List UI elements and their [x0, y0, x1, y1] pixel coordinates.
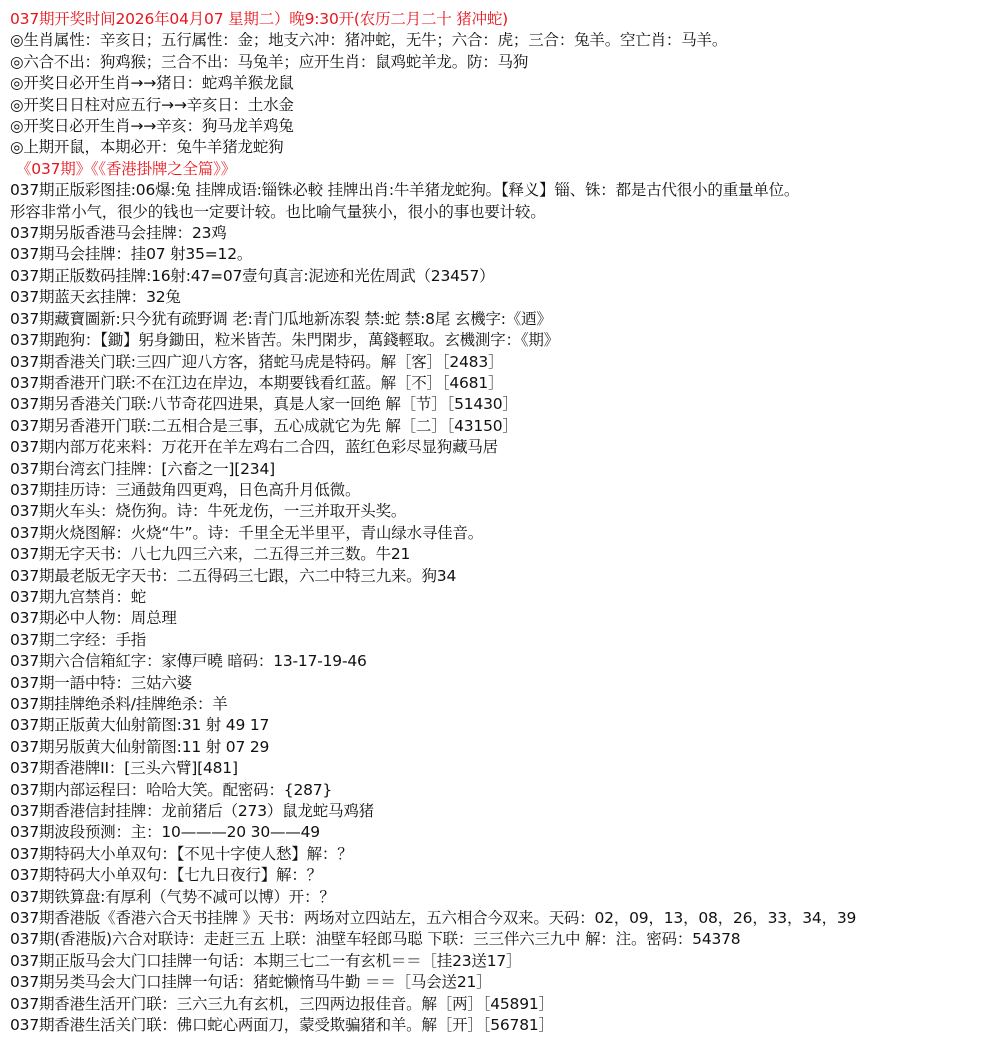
entry-line: 037期香港生活关门联：佛口蛇心两面刀，蒙受欺骗猪和羊。解［开］［56781］ — [10, 1015, 1000, 1036]
entry-line: 037期跑狗：【鋤】躬身鋤田，粒米皆苦。朱門閑步，萬錢輕取。玄機測字：《期》 — [10, 330, 1000, 351]
entry-line: 037期正版数码挂牌:16射:47=07壹句真言:泥迹和光佐周武（23457） — [10, 266, 1000, 287]
header-title: 037期开奖时间2026年04月07 星期二）晚9:30开(农历二月二十 猪冲蛇… — [10, 9, 1000, 30]
entry-line: 037期挂牌绝杀料/挂牌绝杀：羊 — [10, 694, 1000, 715]
entry-line: 037期香港关门联:三四广迎八方客，猪蛇马虎是特码。解［客］［2483］ — [10, 352, 1000, 373]
entry-line: 037期正版黄大仙射箭图:31 射 49 17 — [10, 715, 1000, 736]
attribute-line: ◎开奖日必开生肖→→猪日：蛇鸡羊猴龙鼠 — [10, 73, 1000, 94]
lottery-document: 037期开奖时间2026年04月07 星期二）晚9:30开(农历二月二十 猪冲蛇… — [10, 9, 1000, 1037]
entry-line: 037期另版香港马会挂牌：23鸡 — [10, 223, 1000, 244]
entry-line: 037期特码大小单双句：【七九日夜行】解：？ — [10, 865, 1000, 886]
entry-line: 037期波段预测：主：10———20 30——49 — [10, 822, 1000, 843]
entry-line: 037期台湾玄门挂牌：[六畜之一][234] — [10, 459, 1000, 480]
entry-line: 037期蓝天玄挂牌：32兔 — [10, 287, 1000, 308]
entry-line: 037期无字天书：八七九四三六来，二五得三并三数。牛21 — [10, 544, 1000, 565]
attributes-list: ◎生肖属性：辛亥日；五行属性：金；地支六冲：猪冲蛇，无牛；六合：虎；三合：兔羊。… — [10, 30, 1000, 158]
entry-line: 037期铁算盘:有厚利（气势不减可以博）开：？ — [10, 887, 1000, 908]
attribute-line: ◎开奖日必开生肖→→辛亥：狗马龙羊鸡兔 — [10, 116, 1000, 137]
entry-line: 037期香港开门联:不在江边在岸边，本期要钱看红蓝。解［不］［4681］ — [10, 373, 1000, 394]
entry-line: 037期另香港开门联:二五相合是三事，五心成就它为先 解［二］［43150］ — [10, 416, 1000, 437]
attribute-line: ◎生肖属性：辛亥日；五行属性：金；地支六冲：猪冲蛇，无牛；六合：虎；三合：兔羊。… — [10, 30, 1000, 51]
entry-line: 037期藏寶圖新:只今犹有疏野调 老:青门瓜地新冻裂 禁:蛇 禁:8尾 玄機字:… — [10, 309, 1000, 330]
entry-line: 037期正版马会大门口挂牌一句话：本期三七二一有玄机＝＝［挂23送17］ — [10, 951, 1000, 972]
entry-line: 037期必中人物：周总理 — [10, 608, 1000, 629]
entry-line: 037期香港牌II：[三头六臂][481] — [10, 758, 1000, 779]
section-title: 《037期》《《香港掛牌之全篇》》 — [10, 159, 1000, 180]
entry-line: 037期一語中特：三姑六婆 — [10, 673, 1000, 694]
entry-line: 037期另类马会大门口挂牌一句话：猪蛇懒惰马牛勤 ＝＝［马会送21］ — [10, 972, 1000, 993]
entry-line: 037期火烧图解：火烧“牛”。诗：千里全无半里平，青山绿水寻佳音。 — [10, 523, 1000, 544]
entry-line: 037期香港生活开门联：三六三九有玄机，三四两边报佳音。解［两］［45891］ — [10, 994, 1000, 1015]
entry-line: 037期马会挂牌：挂07 射35=12。 — [10, 244, 1000, 265]
entry-line: 037期(香港版)六合对联诗：走赶三五 上联：油壁车轻郎马聪 下联：三三伴六三九… — [10, 929, 1000, 950]
entry-line: 037期另香港关门联:八节奇花四进果，真是人家一回绝 解［节］［51430］ — [10, 394, 1000, 415]
entry-line: 037期九宫禁肖：蛇 — [10, 587, 1000, 608]
entry-line: 形容非常小气，很少的钱也一定要计较。也比喻气量狭小，很小的事也要计较。 — [10, 202, 1000, 223]
entry-line: 037期二字经：手指 — [10, 630, 1000, 651]
entry-line: 037期挂历诗：三通鼓角四更鸡，日色高升月低微。 — [10, 480, 1000, 501]
entry-line: 037期另版黄大仙射箭图:11 射 07 29 — [10, 737, 1000, 758]
entry-line: 037期内部万花来料：万花开在羊左鸡右二合四，蓝红色彩尽显狗藏马居 — [10, 437, 1000, 458]
entry-line: 037期火车头：烧伤狗。诗：牛死龙伤，一三并取开头奖。 — [10, 501, 1000, 522]
entry-line: 037期六合信箱紅字：家傳戸曉 暗码：13-17-19-46 — [10, 651, 1000, 672]
entries-list: 037期正版彩图挂:06爆:兔 挂牌成语:锱铢必較 挂牌出肖:牛羊猪龙蛇狗。【释… — [10, 180, 1000, 1036]
attribute-line: ◎六合不出：狗鸡猴；三合不出：马兔羊；应开生肖：鼠鸡蛇羊龙。防：马狗 — [10, 52, 1000, 73]
entry-line: 037期特码大小单双句：【不见十字使人愁】解：？ — [10, 844, 1000, 865]
entry-line: 037期香港版《香港六合天书挂牌 》天书：两场对立四站左，五六相合今双来。天码：… — [10, 908, 1000, 929]
entry-line: 037期内部运程曰：哈哈大笑。配密码：{287} — [10, 780, 1000, 801]
entry-line: 037期最老版无字天书：二五得码三七跟，六二中特三九来。狗34 — [10, 566, 1000, 587]
attribute-line: ◎上期开鼠，本期必开：兔牛羊猪龙蛇狗 — [10, 137, 1000, 158]
attribute-line: ◎开奖日日柱对应五行→→辛亥日：土水金 — [10, 95, 1000, 116]
entry-line: 037期正版彩图挂:06爆:兔 挂牌成语:锱铢必較 挂牌出肖:牛羊猪龙蛇狗。【释… — [10, 180, 1000, 201]
entry-line: 037期香港信封挂牌：龙前猪后（273）鼠龙蛇马鸡猪 — [10, 801, 1000, 822]
